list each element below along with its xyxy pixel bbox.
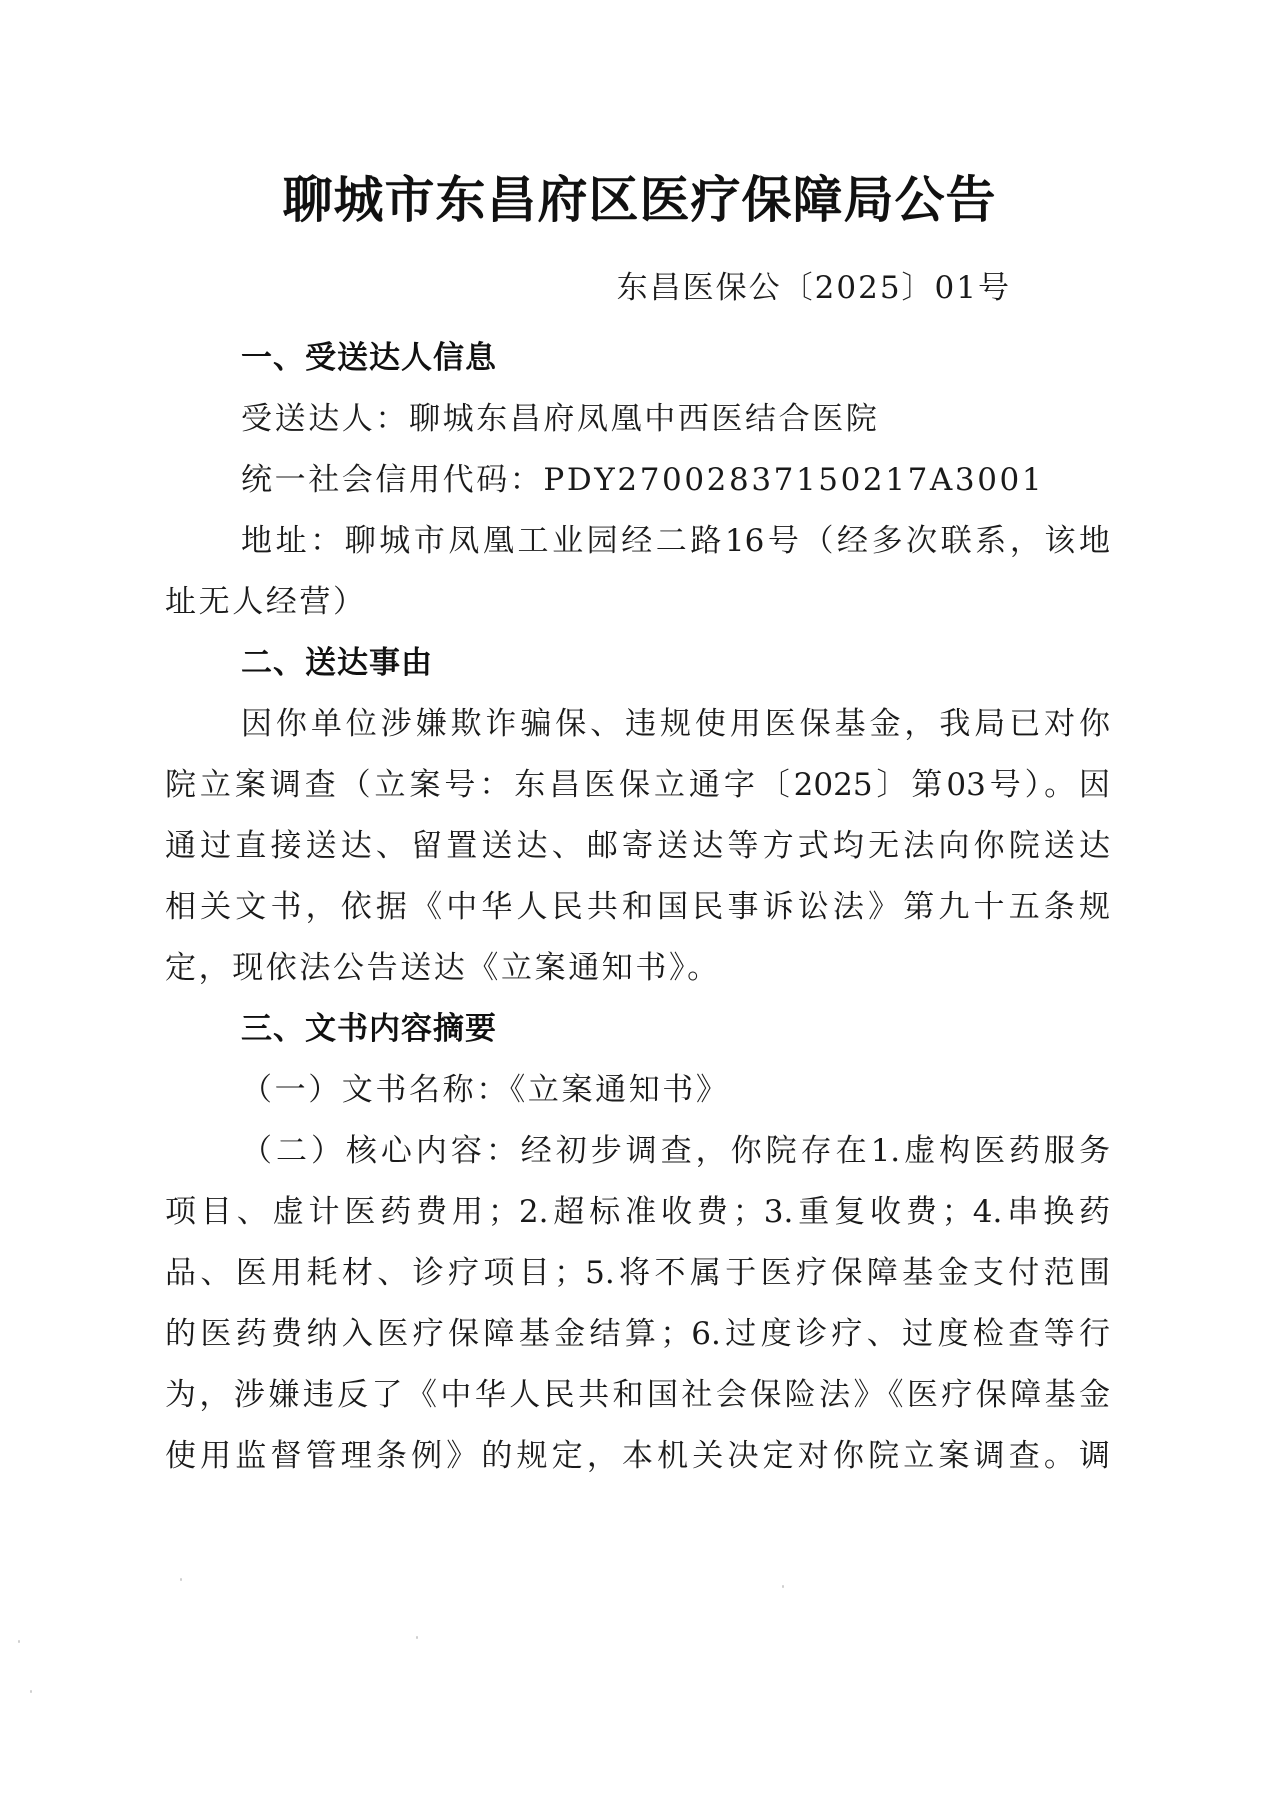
document-title: 聊城市东昌府区医疗保障局公告 — [0, 160, 1279, 232]
paragraph-line: 为，涉嫌违反了《中华人民共和国社会保险法》《医疗保障基金 — [165, 1365, 1110, 1426]
scan-speck — [18, 1640, 20, 1643]
paragraph-line: 品、医用耗材、诊疗项目；5.将不属于医疗保障基金支付范围 — [165, 1243, 1110, 1304]
paragraph-line: 相关文书，依据《中华人民共和国民事诉讼法》第九十五条规 — [165, 877, 1110, 938]
paragraph-line: 因你单位涉嫌欺诈骗保、违规使用医保基金，我局已对你 — [165, 694, 1110, 755]
paragraph-line: （二）核心内容：经初步调查，你院存在1.虚构医药服务 — [165, 1121, 1110, 1182]
document-name-line: （一）文书名称：《立案通知书》 — [165, 1060, 1110, 1121]
paragraph-line: 定，现依法公告送达《立案通知书》。 — [165, 938, 1110, 999]
document-number: 东昌医保公〔2025〕01号 — [617, 262, 1011, 307]
recipient-name: 受送达人：聊城东昌府凤凰中西医结合医院 — [165, 389, 1110, 450]
address-line-1: 地址：聊城市凤凰工业园经二路16号（经多次联系，该地 — [165, 511, 1110, 572]
scan-speck — [30, 1690, 32, 1693]
scan-speck — [180, 1578, 182, 1581]
credit-code: 统一社会信用代码：PDY27002837150217A3001 — [165, 450, 1110, 511]
paragraph-line: 通过直接送达、留置送达、邮寄送达等方式均无法向你院送达 — [165, 816, 1110, 877]
address-line-2: 址无人经营） — [165, 572, 1110, 633]
section-heading-service-reason: 二、送达事由 — [165, 633, 1110, 694]
paragraph-line: 项目、虚计医药费用；2.超标准收费；3.重复收费；4.串换药 — [165, 1182, 1110, 1243]
document-body: 一、受送达人信息 受送达人：聊城东昌府凤凰中西医结合医院 统一社会信用代码：PD… — [165, 328, 1110, 1487]
section-heading-content-summary: 三、文书内容摘要 — [165, 999, 1110, 1060]
document-page: 聊城市东昌府区医疗保障局公告 东昌医保公〔2025〕01号 一、受送达人信息 受… — [0, 0, 1279, 1809]
paragraph-line: 院立案调查（立案号：东昌医保立通字〔2025〕第03号）。因 — [165, 755, 1110, 816]
paragraph-line: 使用监督管理条例》的规定，本机关决定对你院立案调查。调 — [165, 1426, 1110, 1487]
scan-speck — [782, 1585, 784, 1588]
paragraph-line: 的医药费纳入医疗保障基金结算；6.过度诊疗、过度检查等行 — [165, 1304, 1110, 1365]
scan-speck — [416, 1636, 418, 1639]
section-heading-recipient-info: 一、受送达人信息 — [165, 328, 1110, 389]
